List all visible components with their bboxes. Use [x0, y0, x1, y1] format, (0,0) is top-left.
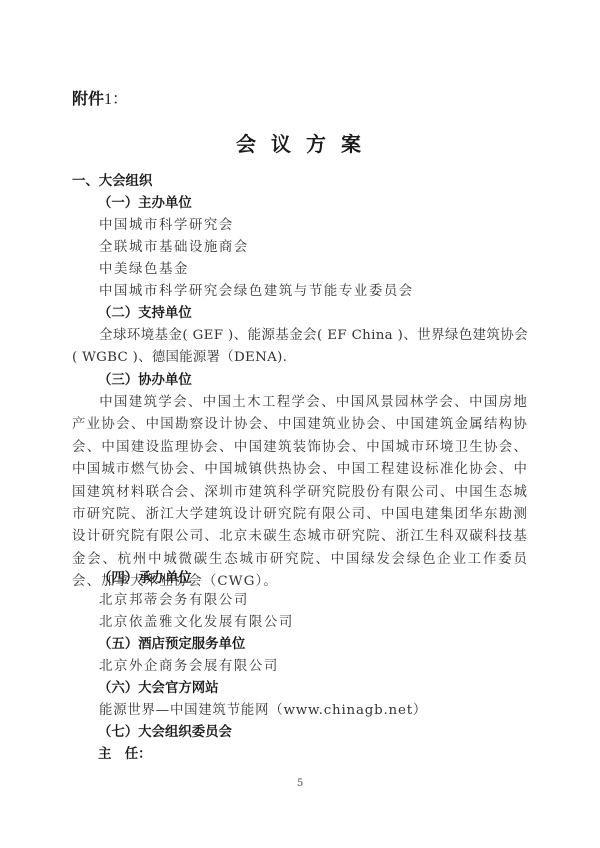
- website-heading: （六）大会官方网站: [98, 678, 219, 700]
- organizer-item: 中美绿色基金: [99, 259, 189, 281]
- organizer-item: 中国城市科学研究会绿色建筑与节能专业委员会: [99, 281, 414, 303]
- undertaker-item: 北京邦蒂会务有限公司: [99, 590, 249, 612]
- organizers-heading: （一）主办单位: [98, 193, 192, 215]
- committee-heading: （七）大会组织委员会: [98, 722, 232, 744]
- attachment-label: 附件1：: [72, 86, 128, 109]
- document-page: 附件1： 会议方案 一、大会组织 （一）主办单位 中国城市科学研究会 全联城市基…: [0, 0, 600, 848]
- co-organizers-text: 中国建筑学会、中国土木工程学会、中国风景园林学会、中国房地产业协会、中国勘察设计…: [72, 395, 528, 589]
- co-organizers-heading: （三）协办单位: [98, 370, 192, 392]
- co-organizers-paragraph: 中国建筑学会、中国土木工程学会、中国风景园林学会、中国房地产业协会、中国勘察设计…: [72, 392, 528, 594]
- supporters-text: 全球环境基金( GEF )、能源基金会( EF China )、世界绿色建筑协会…: [72, 328, 528, 365]
- supporters-paragraph: 全球环境基金( GEF )、能源基金会( EF China )、世界绿色建筑协会…: [72, 325, 528, 370]
- hotel-service-heading: （五）酒店预定服务单位: [98, 634, 245, 656]
- supporters-heading: （二）支持单位: [98, 303, 192, 325]
- page-number: 5: [0, 778, 600, 789]
- organizer-item: 全联城市基础设施商会: [99, 237, 249, 259]
- hotel-service-item: 北京外企商务会展有限公司: [99, 656, 279, 678]
- website-text: 能源世界—中国建筑节能网（www.chinagb.net）: [99, 700, 427, 722]
- organizer-item: 中国城市科学研究会: [99, 215, 234, 237]
- attachment-text: 附件: [72, 89, 104, 108]
- director-label: 主 任：: [98, 744, 152, 766]
- undertakers-heading: （四）承办单位: [98, 568, 192, 590]
- undertaker-item: 北京依盖雅文化发展有限公司: [99, 612, 294, 634]
- section-heading: 一、大会组织: [72, 171, 152, 193]
- attachment-number: 1：: [104, 91, 128, 108]
- document-title: 会议方案: [0, 128, 600, 157]
